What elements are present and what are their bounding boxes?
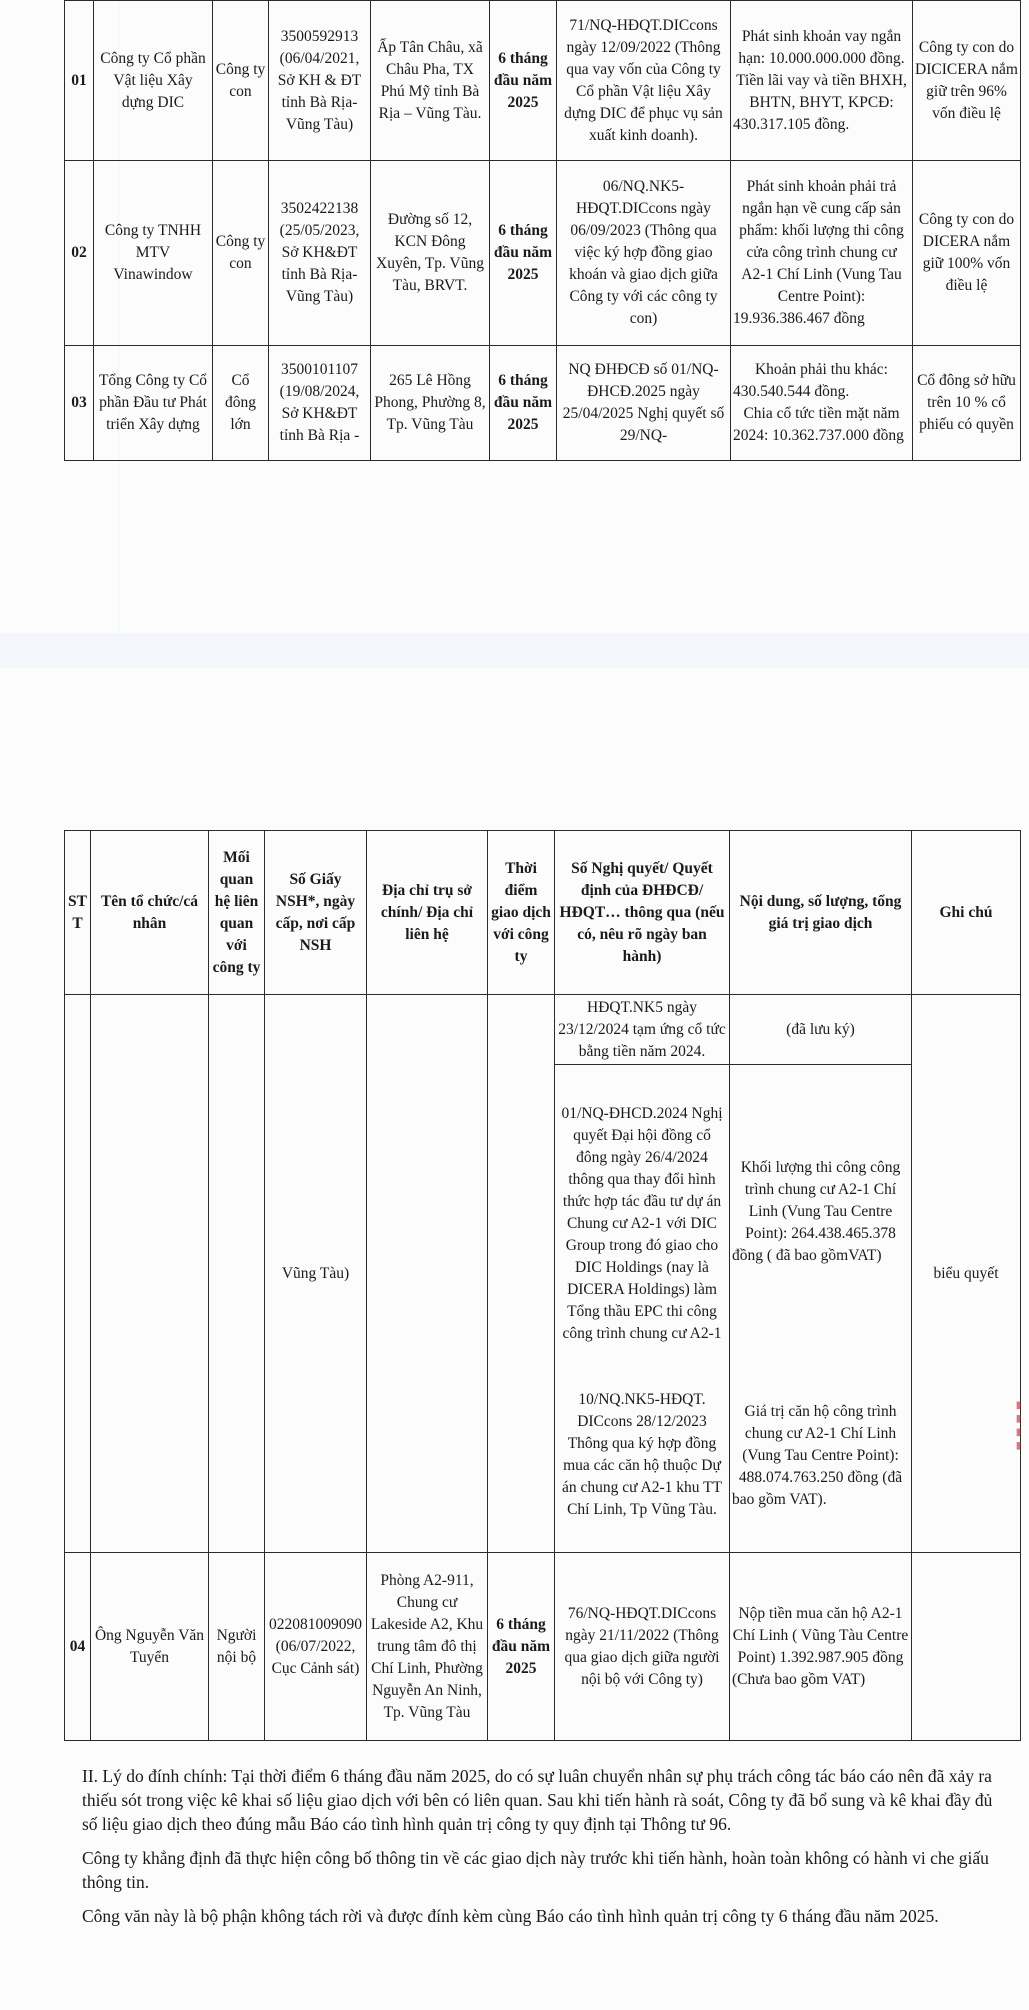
header-note: Ghi chú bbox=[912, 831, 1021, 995]
cell-nsh: 3500592913 (06/04/2021, Sở KH & ĐT tỉnh … bbox=[269, 1, 371, 161]
paragraph-attachment: Công văn này là bộ phận không tách rời v… bbox=[82, 1904, 1002, 1928]
cell-time: 6 tháng đầu năm 2025 bbox=[490, 346, 557, 461]
cell-name: Tổng Công ty Cổ phần Đầu tư Phát triển X… bbox=[94, 346, 213, 461]
cell-note: Cổ đông sở hữu trên 10 % cổ phiếu có quy… bbox=[913, 346, 1021, 461]
cell-content: Nộp tiền mua căn hộ A2-1 Chí Linh ( Vũng… bbox=[730, 1553, 912, 1741]
header-stt: STT bbox=[65, 831, 91, 995]
cell-relation: Công ty con bbox=[213, 1, 269, 161]
resolution-text: 10/NQ.NK5-HĐQT. DICcons 28/12/2023 Thông… bbox=[557, 1389, 727, 1521]
related-party-transactions-table-part-1: 01 Công ty Cổ phần Vật liệu Xây dựng DIC… bbox=[64, 0, 1021, 461]
cell-content: (đã lưu ký) bbox=[730, 995, 912, 1065]
header-address: Địa chỉ trụ sở chính/ Địa chỉ liên hệ bbox=[367, 831, 488, 995]
cell-note: Công ty con do DICERA nắm giữ 100% vốn đ… bbox=[913, 161, 1021, 346]
paragraph-reason: II. Lý do đính chính: Tại thời điểm 6 th… bbox=[82, 1764, 1002, 1836]
cell-content: Khoản phải thu khác: 430.540.544 đồng. C… bbox=[731, 346, 913, 461]
header-name: Tên tổ chức/cá nhân bbox=[91, 831, 209, 995]
cell-resolution: 76/NQ-HĐQT.DICcons ngày 21/11/2022 (Thôn… bbox=[555, 1553, 730, 1741]
cell-address: 265 Lê Hồng Phong, Phường 8, Tp. Vũng Tà… bbox=[371, 346, 490, 461]
cell-time bbox=[488, 995, 555, 1553]
cell-resolution: 71/NQ-HĐQT.DICcons ngày 12/09/2022 (Thôn… bbox=[557, 1, 731, 161]
cell-note: Công ty con do DICICERA nắm giữ trên 96%… bbox=[913, 1, 1021, 161]
header-relation: Mối quan hệ liên quan với công ty bbox=[209, 831, 265, 995]
table-row: 04 Ông Nguyễn Văn Tuyển Người nội bộ 022… bbox=[65, 1553, 1021, 1741]
cell-stt bbox=[65, 995, 91, 1553]
table-header-row: STT Tên tổ chức/cá nhân Mối quan hệ liên… bbox=[65, 831, 1021, 995]
cell-address: Ấp Tân Châu, xã Châu Pha, TX Phú Mỹ tỉnh… bbox=[371, 1, 490, 161]
document-page-2: STT Tên tổ chức/cá nhân Mối quan hệ liên… bbox=[0, 668, 1029, 2010]
explanation-section: II. Lý do đính chính: Tại thời điểm 6 th… bbox=[82, 1764, 1002, 1938]
cell-nsh: Vũng Tàu) bbox=[265, 995, 367, 1553]
cell-content: Phát sinh khoản vay ngắn hạn: 10.000.000… bbox=[731, 1, 913, 161]
cell-relation bbox=[209, 995, 265, 1553]
cell-time: 6 tháng đầu năm 2025 bbox=[488, 1553, 555, 1741]
cell-name: Công ty Cổ phần Vật liệu Xây dựng DIC bbox=[94, 1, 213, 161]
content-line: Chia cổ tức tiền mặt năm 2024: 10.362.73… bbox=[733, 403, 910, 447]
header-time: Thời điểm giao dịch với công ty bbox=[488, 831, 555, 995]
cell-time: 6 tháng đầu năm 2025 bbox=[490, 161, 557, 346]
cell-resolution: NQ ĐHĐCĐ số 01/NQ-ĐHCĐ.2025 ngày 25/04/2… bbox=[557, 346, 731, 461]
content-text: Giá trị căn hộ công trình chung cư A2-1 … bbox=[732, 1401, 909, 1511]
cell-address bbox=[367, 995, 488, 1553]
cell-content: Phát sinh khoản phải trả ngắn hạn về cun… bbox=[731, 161, 913, 346]
cell-relation: Công ty con bbox=[213, 161, 269, 346]
cell-address: Phòng A2-911, Chung cư Lakeside A2, Khu … bbox=[367, 1553, 488, 1741]
table-row-continuation: Vũng Tàu) HĐQT.NK5 ngày 23/12/2024 tạm ứ… bbox=[65, 995, 1021, 1065]
cell-nsh: 3502422138 (25/05/2023, Sở KH&ĐT tỉnh Bà… bbox=[269, 161, 371, 346]
cell-address: Đường số 12, KCN Đông Xuyên, Tp. Vũng Tà… bbox=[371, 161, 490, 346]
cell-time: 6 tháng đầu năm 2025 bbox=[490, 1, 557, 161]
content-text: Khối lượng thi công công trình chung cư … bbox=[732, 1157, 909, 1267]
document-page-1: 01 Công ty Cổ phần Vật liệu Xây dựng DIC… bbox=[0, 0, 1029, 633]
cell-relation: Cổ đông lớn bbox=[213, 346, 269, 461]
cell-stt: 02 bbox=[65, 161, 94, 346]
cell-resolution: 06/NQ.NK5-HĐQT.DICcons ngày 06/09/2023 (… bbox=[557, 161, 731, 346]
cell-stt: 04 bbox=[65, 1553, 91, 1741]
cell-nsh: 3500101107 (19/08/2024, Sở KH&ĐT tỉnh Bà… bbox=[269, 346, 371, 461]
cell-content: Khối lượng thi công công trình chung cư … bbox=[730, 1065, 912, 1553]
related-party-transactions-table-part-2: STT Tên tổ chức/cá nhân Mối quan hệ liên… bbox=[64, 830, 1021, 1741]
table-row: 01 Công ty Cổ phần Vật liệu Xây dựng DIC… bbox=[65, 1, 1021, 161]
header-nsh: Số Giấy NSH*, ngày cấp, nơi cấp NSH bbox=[265, 831, 367, 995]
header-resolution: Số Nghị quyết/ Quyết định của ĐHĐCĐ/ HĐQ… bbox=[555, 831, 730, 995]
paragraph-affirmation: Công ty khẳng định đã thực hiện công bố … bbox=[82, 1846, 1002, 1894]
header-content: Nội dung, số lượng, tổng giá trị giao dị… bbox=[730, 831, 912, 995]
cell-name: Ông Nguyễn Văn Tuyển bbox=[91, 1553, 209, 1741]
content-line: Khoản phải thu khác: 430.540.544 đồng. bbox=[733, 359, 910, 403]
resolution-text: 01/NQ-ĐHCD.2024 Nghị quyết Đại hội đồng … bbox=[557, 1103, 727, 1345]
cell-nsh: 022081009090 (06/07/2022, Cục Cảnh sát) bbox=[265, 1553, 367, 1741]
cell-resolution: 01/NQ-ĐHCD.2024 Nghị quyết Đại hội đồng … bbox=[555, 1065, 730, 1553]
cell-stt: 03 bbox=[65, 346, 94, 461]
cell-name bbox=[91, 995, 209, 1553]
page-separator bbox=[0, 633, 1029, 668]
cell-resolution: HĐQT.NK5 ngày 23/12/2024 tạm ứng cổ tức … bbox=[555, 995, 730, 1065]
cell-name: Công ty TNHH MTV Vinawindow bbox=[94, 161, 213, 346]
cell-note: biểu quyết bbox=[912, 995, 1021, 1553]
cell-relation: Người nội bộ bbox=[209, 1553, 265, 1741]
table-row: 03 Tổng Công ty Cổ phần Đầu tư Phát triể… bbox=[65, 346, 1021, 461]
table-row: 02 Công ty TNHH MTV Vinawindow Công ty c… bbox=[65, 161, 1021, 346]
cell-stt: 01 bbox=[65, 1, 94, 161]
cell-note bbox=[912, 1553, 1021, 1741]
red-stamp-edge-mark: ▮ ▮ ▮ ▮ bbox=[1017, 1400, 1025, 1600]
